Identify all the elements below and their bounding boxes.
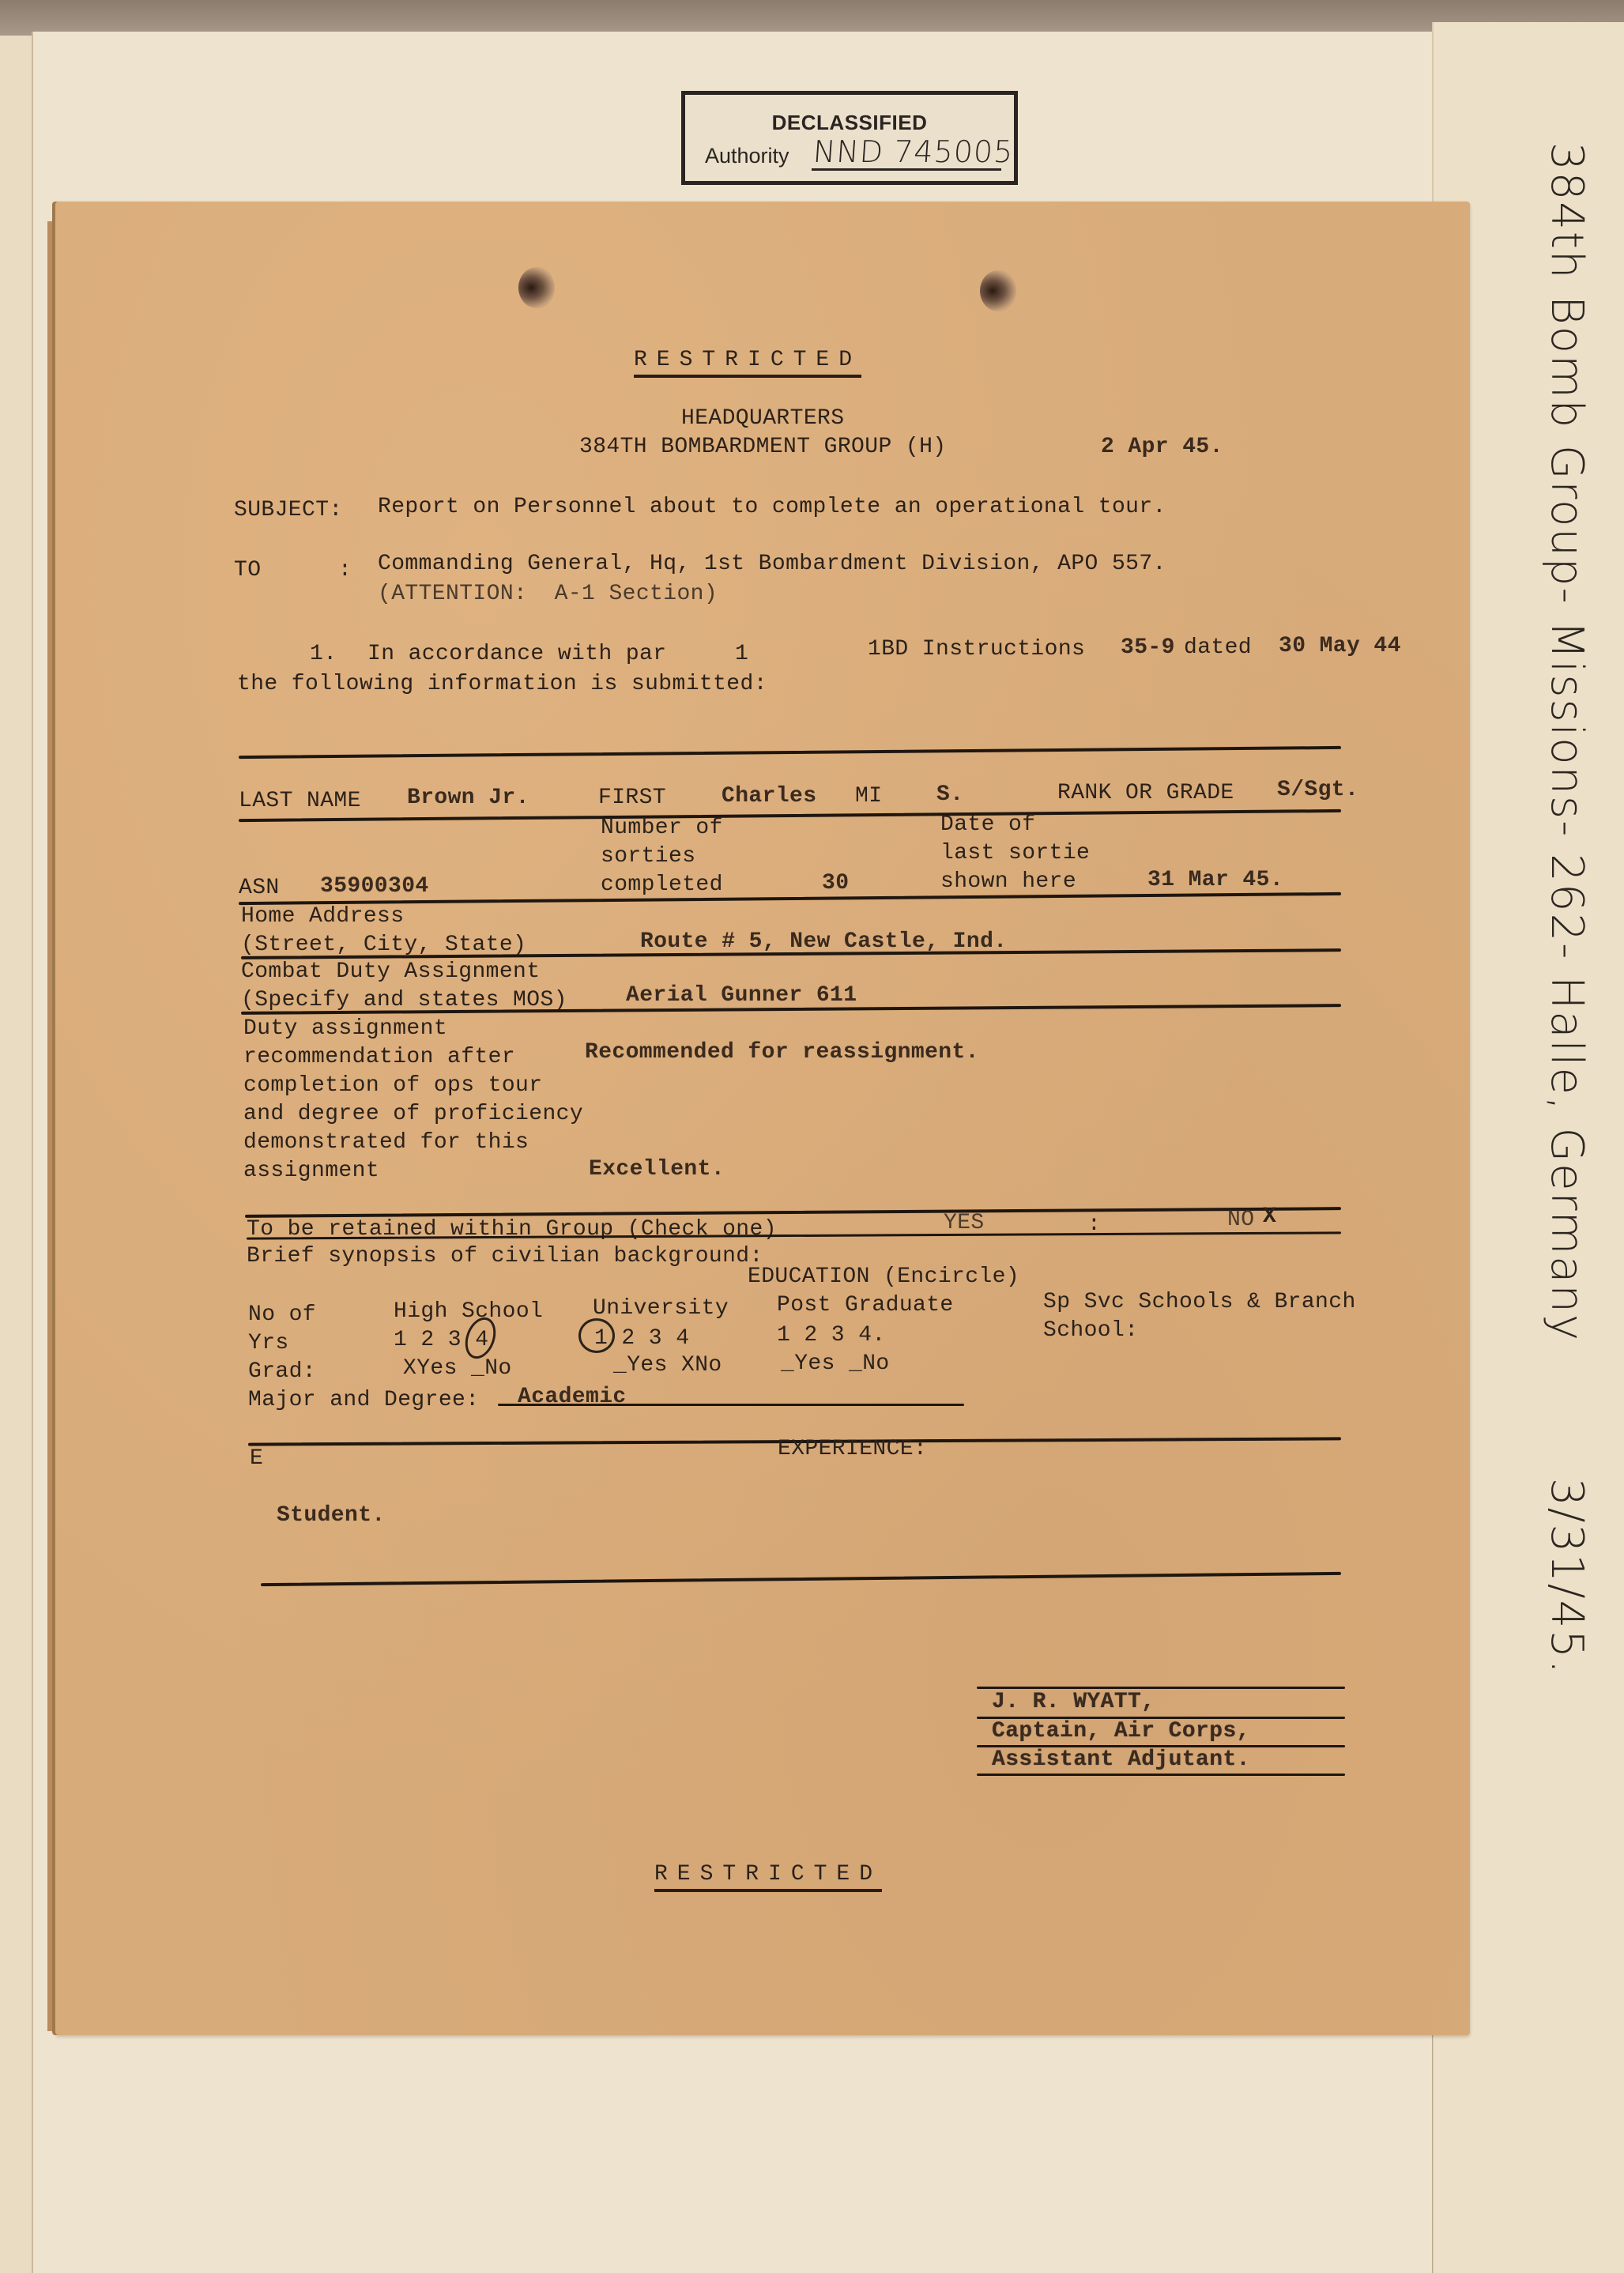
rank-value: S/Sgt. <box>1277 779 1358 801</box>
header-headquarters: HEADQUARTERS <box>681 408 844 430</box>
years-label-2: Yrs <box>248 1333 289 1355</box>
mi-label: MI <box>855 786 882 808</box>
stamp-authority-label: Authority <box>705 144 789 168</box>
classification-bottom: RESTRICTED <box>654 1864 882 1892</box>
major-underline <box>498 1404 964 1406</box>
combat-label-1: Combat Duty Assignment <box>241 961 540 983</box>
last-sortie-label-2: last sortie <box>940 842 1090 865</box>
margin-note-date: 3/31/45. <box>1541 1478 1592 1676</box>
header-date: 2 Apr 45. <box>1101 436 1223 458</box>
first-name-label: FIRST <box>598 787 666 809</box>
rank-label: RANK OR GRADE <box>1057 782 1234 805</box>
retained-yes-option[interactable]: YES <box>944 1212 985 1235</box>
post-grad-label: Post Graduate <box>777 1295 954 1317</box>
asn-label: ASN <box>239 877 280 899</box>
retained-no-checkmark-icon: X <box>1263 1204 1276 1229</box>
retained-no-option[interactable]: NO <box>1227 1209 1254 1231</box>
sorties-label-3: completed <box>601 874 723 896</box>
years-label-1: No of <box>248 1304 316 1326</box>
mi-value: S. <box>936 784 963 806</box>
first-name-value: Charles <box>722 786 816 808</box>
synopsis-label: Brief synopsis of civilian background: <box>247 1246 763 1268</box>
high-school-label: High School <box>394 1301 543 1323</box>
university-year-1-circle-icon <box>578 1318 615 1353</box>
university-label: University <box>593 1298 729 1320</box>
para-dated-value: 30 May 44 <box>1279 635 1401 658</box>
duty-label-4: and degree of proficiency <box>243 1103 583 1125</box>
proficiency-value: Excellent. <box>589 1159 725 1181</box>
punch-hole-right-icon <box>980 270 1016 311</box>
stamp-title: DECLASSIFIED <box>685 111 1014 135</box>
stamp-authority-value: NND 745005 <box>812 134 1014 169</box>
experience-value: Student. <box>277 1505 386 1527</box>
experience-label: EXPERIENCE: <box>778 1438 927 1461</box>
combat-value: Aerial Gunner 611 <box>626 985 857 1007</box>
signature-rank: Captain, Air Corps, <box>992 1721 1250 1743</box>
high-school-grad[interactable]: XYes _No <box>403 1358 512 1380</box>
signature-bottom-rule <box>977 1774 1345 1776</box>
margin-note-mission: 384th Bomb Group- Missions- 262- Halle, … <box>1541 142 1592 1342</box>
education-label: EDUCATION (Encircle) <box>748 1266 1019 1288</box>
para-dated-label: dated <box>1184 637 1252 659</box>
signature-name: J. R. WYATT, <box>992 1691 1155 1713</box>
header-unit: 384TH BOMBARDMENT GROUP (H) <box>579 436 946 458</box>
last-sortie-label-1: Date of <box>940 814 1035 836</box>
university-grad[interactable]: _Yes XNo <box>613 1355 722 1377</box>
punch-hole-left-icon <box>518 267 555 308</box>
post-grad-grad[interactable]: _Yes _No <box>781 1353 890 1375</box>
para-instructions-value: 35-9 <box>1121 637 1175 659</box>
para-intro: In accordance with par <box>367 643 666 665</box>
declassified-stamp: DECLASSIFIED Authority NND 745005 <box>681 91 1018 185</box>
duty-label-6: assignment <box>243 1160 379 1182</box>
para-number: 1. <box>310 643 337 665</box>
background-top <box>0 0 1624 36</box>
sp-svc-label-1: Sp Svc Schools & Branch <box>1043 1291 1356 1314</box>
para-par-value: 1 <box>735 643 748 665</box>
sorties-label-2: sorties <box>601 846 695 868</box>
to-label: TO <box>234 560 261 582</box>
subject-label: SUBJECT: <box>234 499 343 522</box>
duty-value: Recommended for reassignment. <box>585 1042 979 1064</box>
duty-label-3: completion of ops tour <box>243 1075 542 1097</box>
e-marker: E <box>250 1448 263 1470</box>
to-colon: : <box>338 560 352 582</box>
folder-fold-line <box>1432 2023 1433 2273</box>
last-sortie-label-3: shown here <box>940 871 1076 893</box>
duty-label-5: demonstrated for this <box>243 1132 529 1154</box>
para-instructions-label: 1BD Instructions <box>868 639 1085 661</box>
combat-label-2: (Specify and states MOS) <box>241 989 567 1012</box>
signature-top-rule <box>977 1687 1345 1689</box>
sp-svc-label-2: School: <box>1043 1320 1138 1342</box>
stamp-authority-line <box>812 168 1001 171</box>
post-grad-years[interactable]: 1 2 3 4. <box>777 1325 886 1347</box>
last-name-label: LAST NAME <box>239 790 361 812</box>
grad-label: Grad: <box>248 1361 316 1383</box>
to-line2: (ATTENTION: A-1 Section) <box>378 583 718 605</box>
home-label-2: (Street, City, State) <box>241 934 526 956</box>
major-label: Major and Degree: <box>248 1389 479 1412</box>
subject-text: Report on Personnel about to complete an… <box>378 496 1166 518</box>
classification-top: RESTRICTED <box>634 349 861 378</box>
home-label-1: Home Address <box>241 906 404 928</box>
sorties-label-1: Number of <box>601 817 723 839</box>
asn-value: 35900304 <box>320 876 429 898</box>
to-line1: Commanding General, Hq, 1st Bombardment … <box>378 553 1166 575</box>
duty-label-2: recommendation after <box>243 1046 515 1069</box>
para-line2: the following information is submitted: <box>237 673 767 695</box>
sorties-value: 30 <box>822 873 849 895</box>
signature-title: Assistant Adjutant. <box>992 1749 1250 1771</box>
last-name-value: Brown Jr. <box>407 787 529 809</box>
home-value: Route # 5, New Castle, Ind. <box>640 931 1007 953</box>
last-sortie-value: 31 Mar 45. <box>1147 869 1283 891</box>
duty-label-1: Duty assignment <box>243 1018 447 1040</box>
